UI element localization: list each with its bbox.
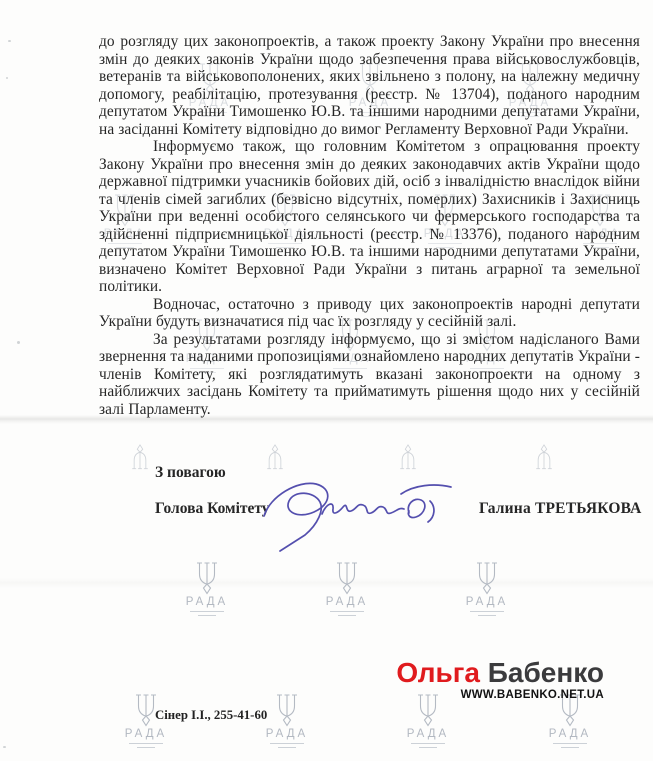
rada-watermark xyxy=(235,440,315,474)
watermark-label: РАДА xyxy=(167,596,247,608)
logo-name: Ольга Бабенко xyxy=(396,658,604,688)
scan-speck xyxy=(8,40,11,42)
trident-icon xyxy=(398,444,418,471)
scan-speck xyxy=(17,341,20,344)
signer-title: Голова Комітету xyxy=(155,500,270,518)
trident-icon xyxy=(334,561,360,595)
body-paragraph: Інформуємо також, що головним Комітетом … xyxy=(99,138,640,296)
rada-watermark xyxy=(368,440,448,474)
letter-body: до розгляду цих законопроектів, а також … xyxy=(99,33,640,418)
trident-icon xyxy=(194,561,220,595)
logo-last-name: Бабенко xyxy=(488,657,604,688)
trident-icon xyxy=(474,561,500,595)
signer-name: Галина ТРЕТЬЯКОВА xyxy=(479,500,642,518)
scan-speck xyxy=(3,746,6,748)
scanned-letter-page: РАДАРАДАРАДАРАДАРАДАРАДАРАДАРАДАРАДАРАДА… xyxy=(0,0,653,761)
trident-icon xyxy=(265,444,285,471)
rada-watermark xyxy=(504,440,584,474)
watermark-label: РАДА xyxy=(530,728,610,740)
handwritten-signature xyxy=(258,472,476,552)
executor-note: Сінер І.І., 255-41-60 xyxy=(155,708,267,723)
watermark-label: РАДА xyxy=(307,596,387,608)
body-paragraph: до розгляду цих законопроектів, а також … xyxy=(99,33,640,138)
watermark-label: РАДА xyxy=(106,728,186,740)
closing-salutation: З повагою xyxy=(155,464,226,482)
trident-icon xyxy=(534,444,554,471)
babenko-logo: Ольга Бабенко WWW.BABENKO.NET.UA xyxy=(396,658,604,702)
logo-website: WWW.BABENKO.NET.UA xyxy=(396,689,604,702)
body-paragraph: Водночас, остаточно з приводу цих законо… xyxy=(99,296,640,331)
rada-watermark: РАДА xyxy=(307,561,387,616)
rada-watermark: РАДА xyxy=(167,561,247,616)
watermark-label: РАДА xyxy=(247,728,327,740)
trident-icon xyxy=(274,693,300,727)
rada-watermark: РАДА xyxy=(447,561,527,616)
watermark-label: РАДА xyxy=(388,728,468,740)
body-paragraph: За результатами розгляду інформуємо, що … xyxy=(99,331,640,419)
watermark-label: РАДА xyxy=(447,596,527,608)
scan-speck xyxy=(6,77,8,79)
trident-icon xyxy=(130,444,150,471)
logo-first-name: Ольга xyxy=(396,657,480,688)
